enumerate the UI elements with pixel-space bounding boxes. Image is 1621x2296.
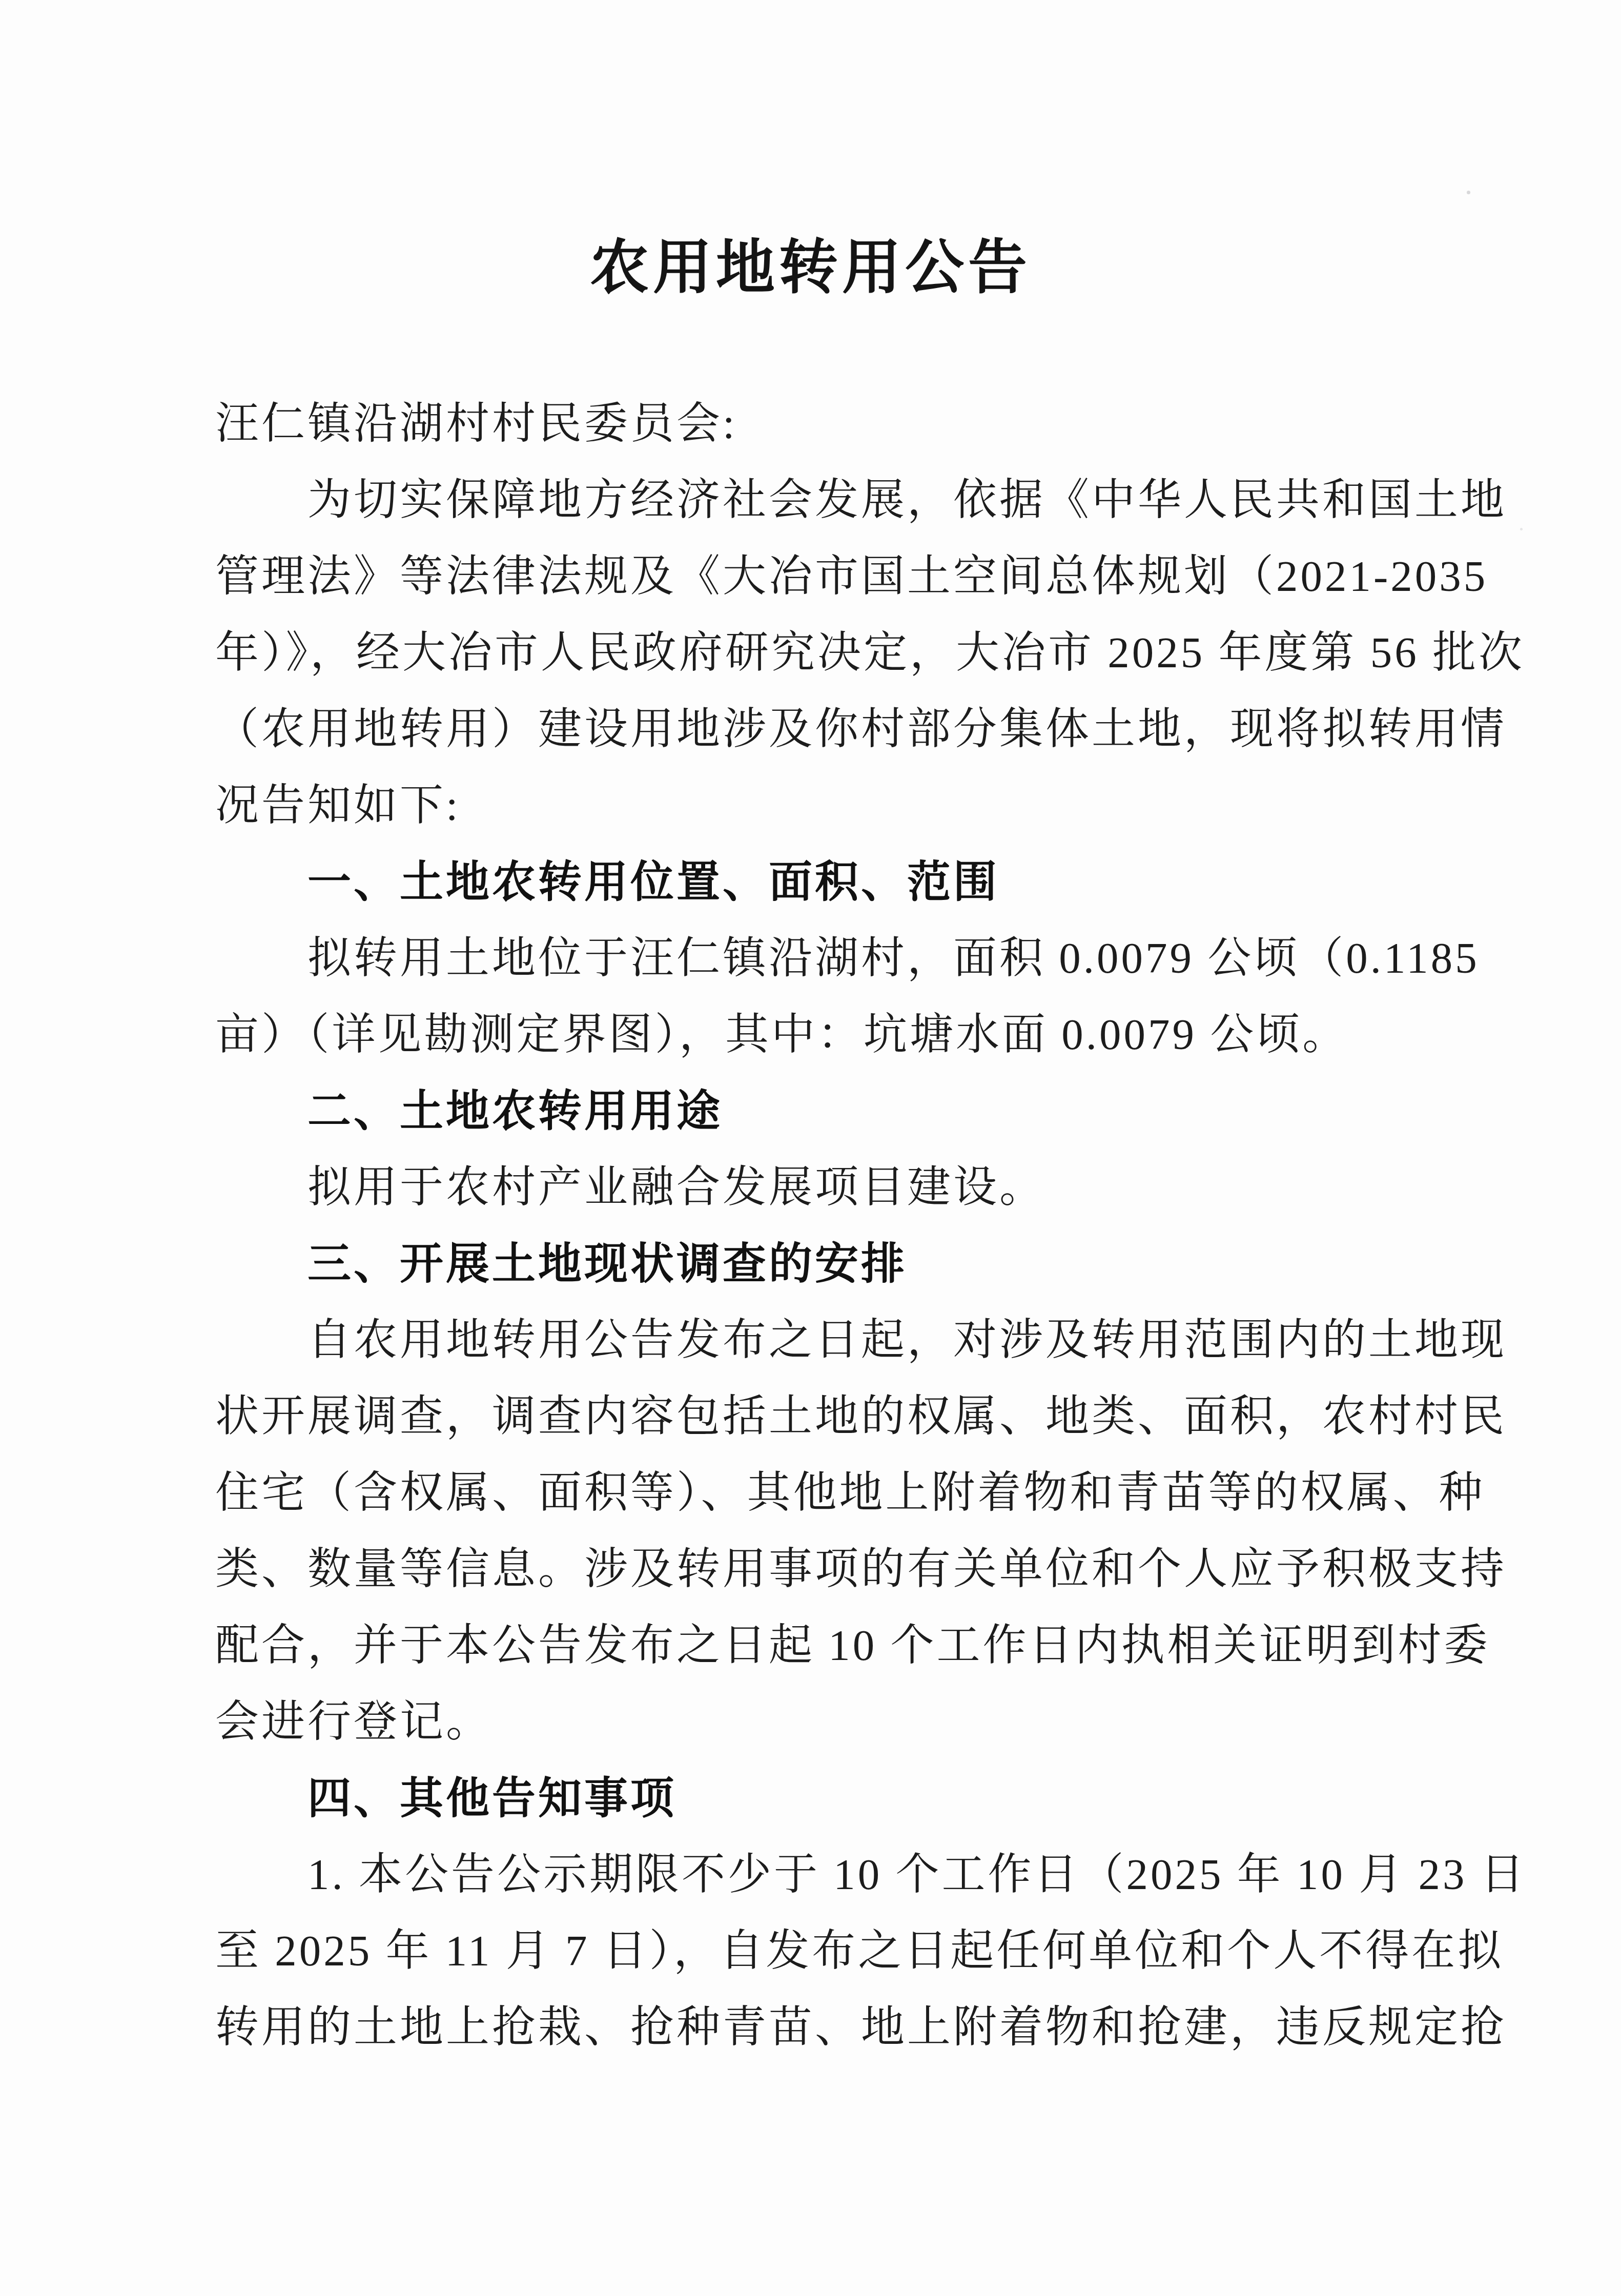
text-line: 拟用于农村产业融合发展项目建设。 xyxy=(215,1150,1420,1226)
body-paragraph: 自农用地转用公告发布之日起，对涉及转用范围内的土地现状开展调查，调查内容包括土地… xyxy=(215,1302,1420,1760)
text-line: 状开展调查，调查内容包括土地的权属、地类、面积，农村村民 xyxy=(215,1379,1420,1455)
body-paragraph: 1. 本公告公示期限不少于 10 个工作日（2025 年 10 月 23 日至 … xyxy=(215,1837,1420,2066)
text-line: 二、土地农转用用途 xyxy=(215,1073,1420,1150)
body-paragraph: 拟用于农村产业融合发展项目建设。 xyxy=(215,1150,1420,1226)
text-line: 管理法》等法律法规及《大冶市国土空间总体规划（2021-2035 xyxy=(215,539,1420,615)
text-line: 至 2025 年 11 月 7 日），自发布之日起任何单位和个人不得在拟 xyxy=(215,1913,1420,1990)
text-line: 自农用地转用公告发布之日起，对涉及转用范围内的土地现 xyxy=(215,1302,1420,1379)
text-line: 汪仁镇沿湖村村民委员会: xyxy=(215,386,1420,462)
text-line: 为切实保障地方经济社会发展，依据《中华人民共和国土地 xyxy=(215,462,1420,539)
text-line: 亩）（详见勘测定界图），其中：坑塘水面 0.0079 公顷。 xyxy=(215,997,1420,1073)
scanned-notice-page: 农用地转用公告 汪仁镇沿湖村村民委员会:为切实保障地方经济社会发展，依据《中华人… xyxy=(0,0,1621,2296)
scan-artifact-speck xyxy=(1467,191,1470,194)
text-line: 三、开展土地现状调查的安排 xyxy=(215,1226,1420,1302)
document-title: 农用地转用公告 xyxy=(0,233,1621,302)
text-line: 配合，并于本公告发布之日起 10 个工作日内执相关证明到村委 xyxy=(215,1608,1420,1684)
text-line: 一、土地农转用位置、面积、范围 xyxy=(215,844,1420,920)
text-line: 1. 本公告公示期限不少于 10 个工作日（2025 年 10 月 23 日 xyxy=(215,1837,1420,1913)
text-line: 况告知如下: xyxy=(215,768,1420,844)
text-line: 四、其他告知事项 xyxy=(215,1760,1420,1837)
section-heading: 一、土地农转用位置、面积、范围 xyxy=(215,844,1420,920)
text-line: 年）》，经大冶市人民政府研究决定，大冶市 2025 年度第 56 批次 xyxy=(215,615,1420,691)
text-line: 类、数量等信息。涉及转用事项的有关单位和个人应予积极支持 xyxy=(215,1531,1420,1608)
text-line: 转用的土地上抢栽、抢种青苗、地上附着物和抢建，违反规定抢 xyxy=(215,1990,1420,2066)
scan-artifact-speck xyxy=(1520,528,1523,530)
text-line: 拟转用土地位于汪仁镇沿湖村，面积 0.0079 公顷（0.1185 xyxy=(215,920,1420,997)
document-body: 汪仁镇沿湖村村民委员会:为切实保障地方经济社会发展，依据《中华人民共和国土地管理… xyxy=(0,386,1420,2066)
text-line: 会进行登记。 xyxy=(215,1684,1420,1760)
section-heading: 二、土地农转用用途 xyxy=(215,1073,1420,1150)
section-heading: 四、其他告知事项 xyxy=(215,1760,1420,1837)
text-line: 住宅（含权属、面积等）、其他地上附着物和青苗等的权属、种 xyxy=(215,1455,1420,1531)
section-heading: 三、开展土地现状调查的安排 xyxy=(215,1226,1420,1302)
salutation-line: 汪仁镇沿湖村村民委员会: xyxy=(215,386,1420,462)
body-paragraph: 拟转用土地位于汪仁镇沿湖村，面积 0.0079 公顷（0.1185亩）（详见勘测… xyxy=(215,920,1420,1073)
body-paragraph: 为切实保障地方经济社会发展，依据《中华人民共和国土地管理法》等法律法规及《大冶市… xyxy=(215,462,1420,844)
text-line: （农用地转用）建设用地涉及你村部分集体土地，现将拟转用情 xyxy=(215,691,1420,768)
